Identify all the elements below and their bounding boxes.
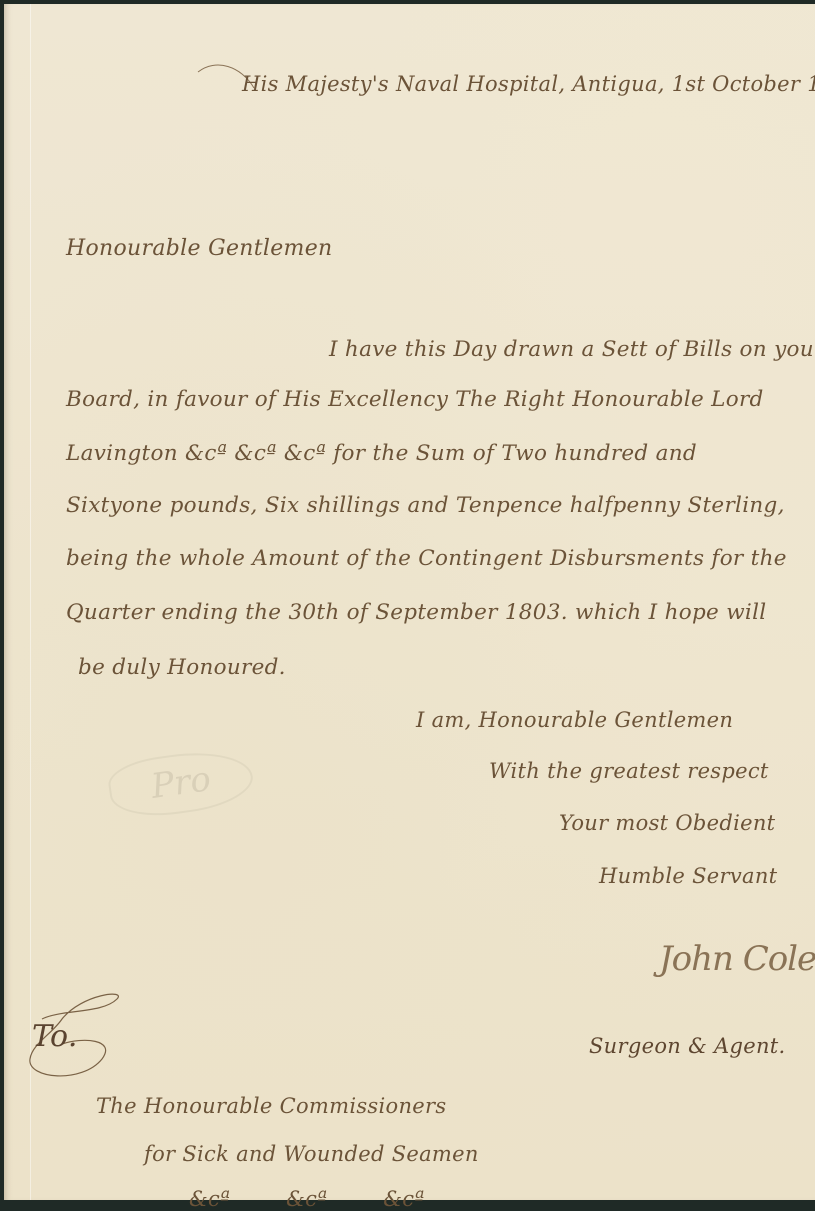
closing-line-4: Humble Servant [599, 864, 777, 888]
body-line-4: Sixtyone pounds, Six shillings and Tenpe… [66, 493, 785, 518]
closing-line-3: Your most Obedient [559, 811, 775, 835]
to-label: To. [32, 1019, 78, 1054]
signatory-title: Surgeon & Agent. [589, 1034, 786, 1058]
address-line-3: &cª &cª &cª [189, 1187, 425, 1200]
body-line-1: I have this Day drawn a Sett of Bills on… [329, 337, 815, 362]
body-line-6: Quarter ending the 30th of September 180… [66, 600, 766, 625]
body-line-2: Board, in favour of His Excellency The R… [66, 387, 764, 412]
body-line-7: be duly Honoured. [78, 655, 286, 680]
body-line-5: being the whole Amount of the Contingent… [66, 546, 787, 571]
closing-line-2: With the greatest respect [489, 759, 769, 783]
signature: John Cole [659, 939, 815, 979]
address-line-1: The Honourable Commissioners [96, 1094, 446, 1118]
watermark-bleed-through: Pro [106, 744, 257, 822]
salutation: Honourable Gentlemen [66, 236, 333, 261]
body-line-3: Lavington &cª &cª &cª for the Sum of Two… [66, 441, 697, 466]
closing-line-1: I am, Honourable Gentlemen [416, 708, 733, 732]
address-line-2: for Sick and Wounded Seamen [144, 1142, 479, 1166]
dateline: His Majesty's Naval Hospital, Antigua, 1… [242, 72, 815, 96]
letter-page: Pro His Majesty's Naval Hospital, Antigu… [4, 4, 815, 1200]
